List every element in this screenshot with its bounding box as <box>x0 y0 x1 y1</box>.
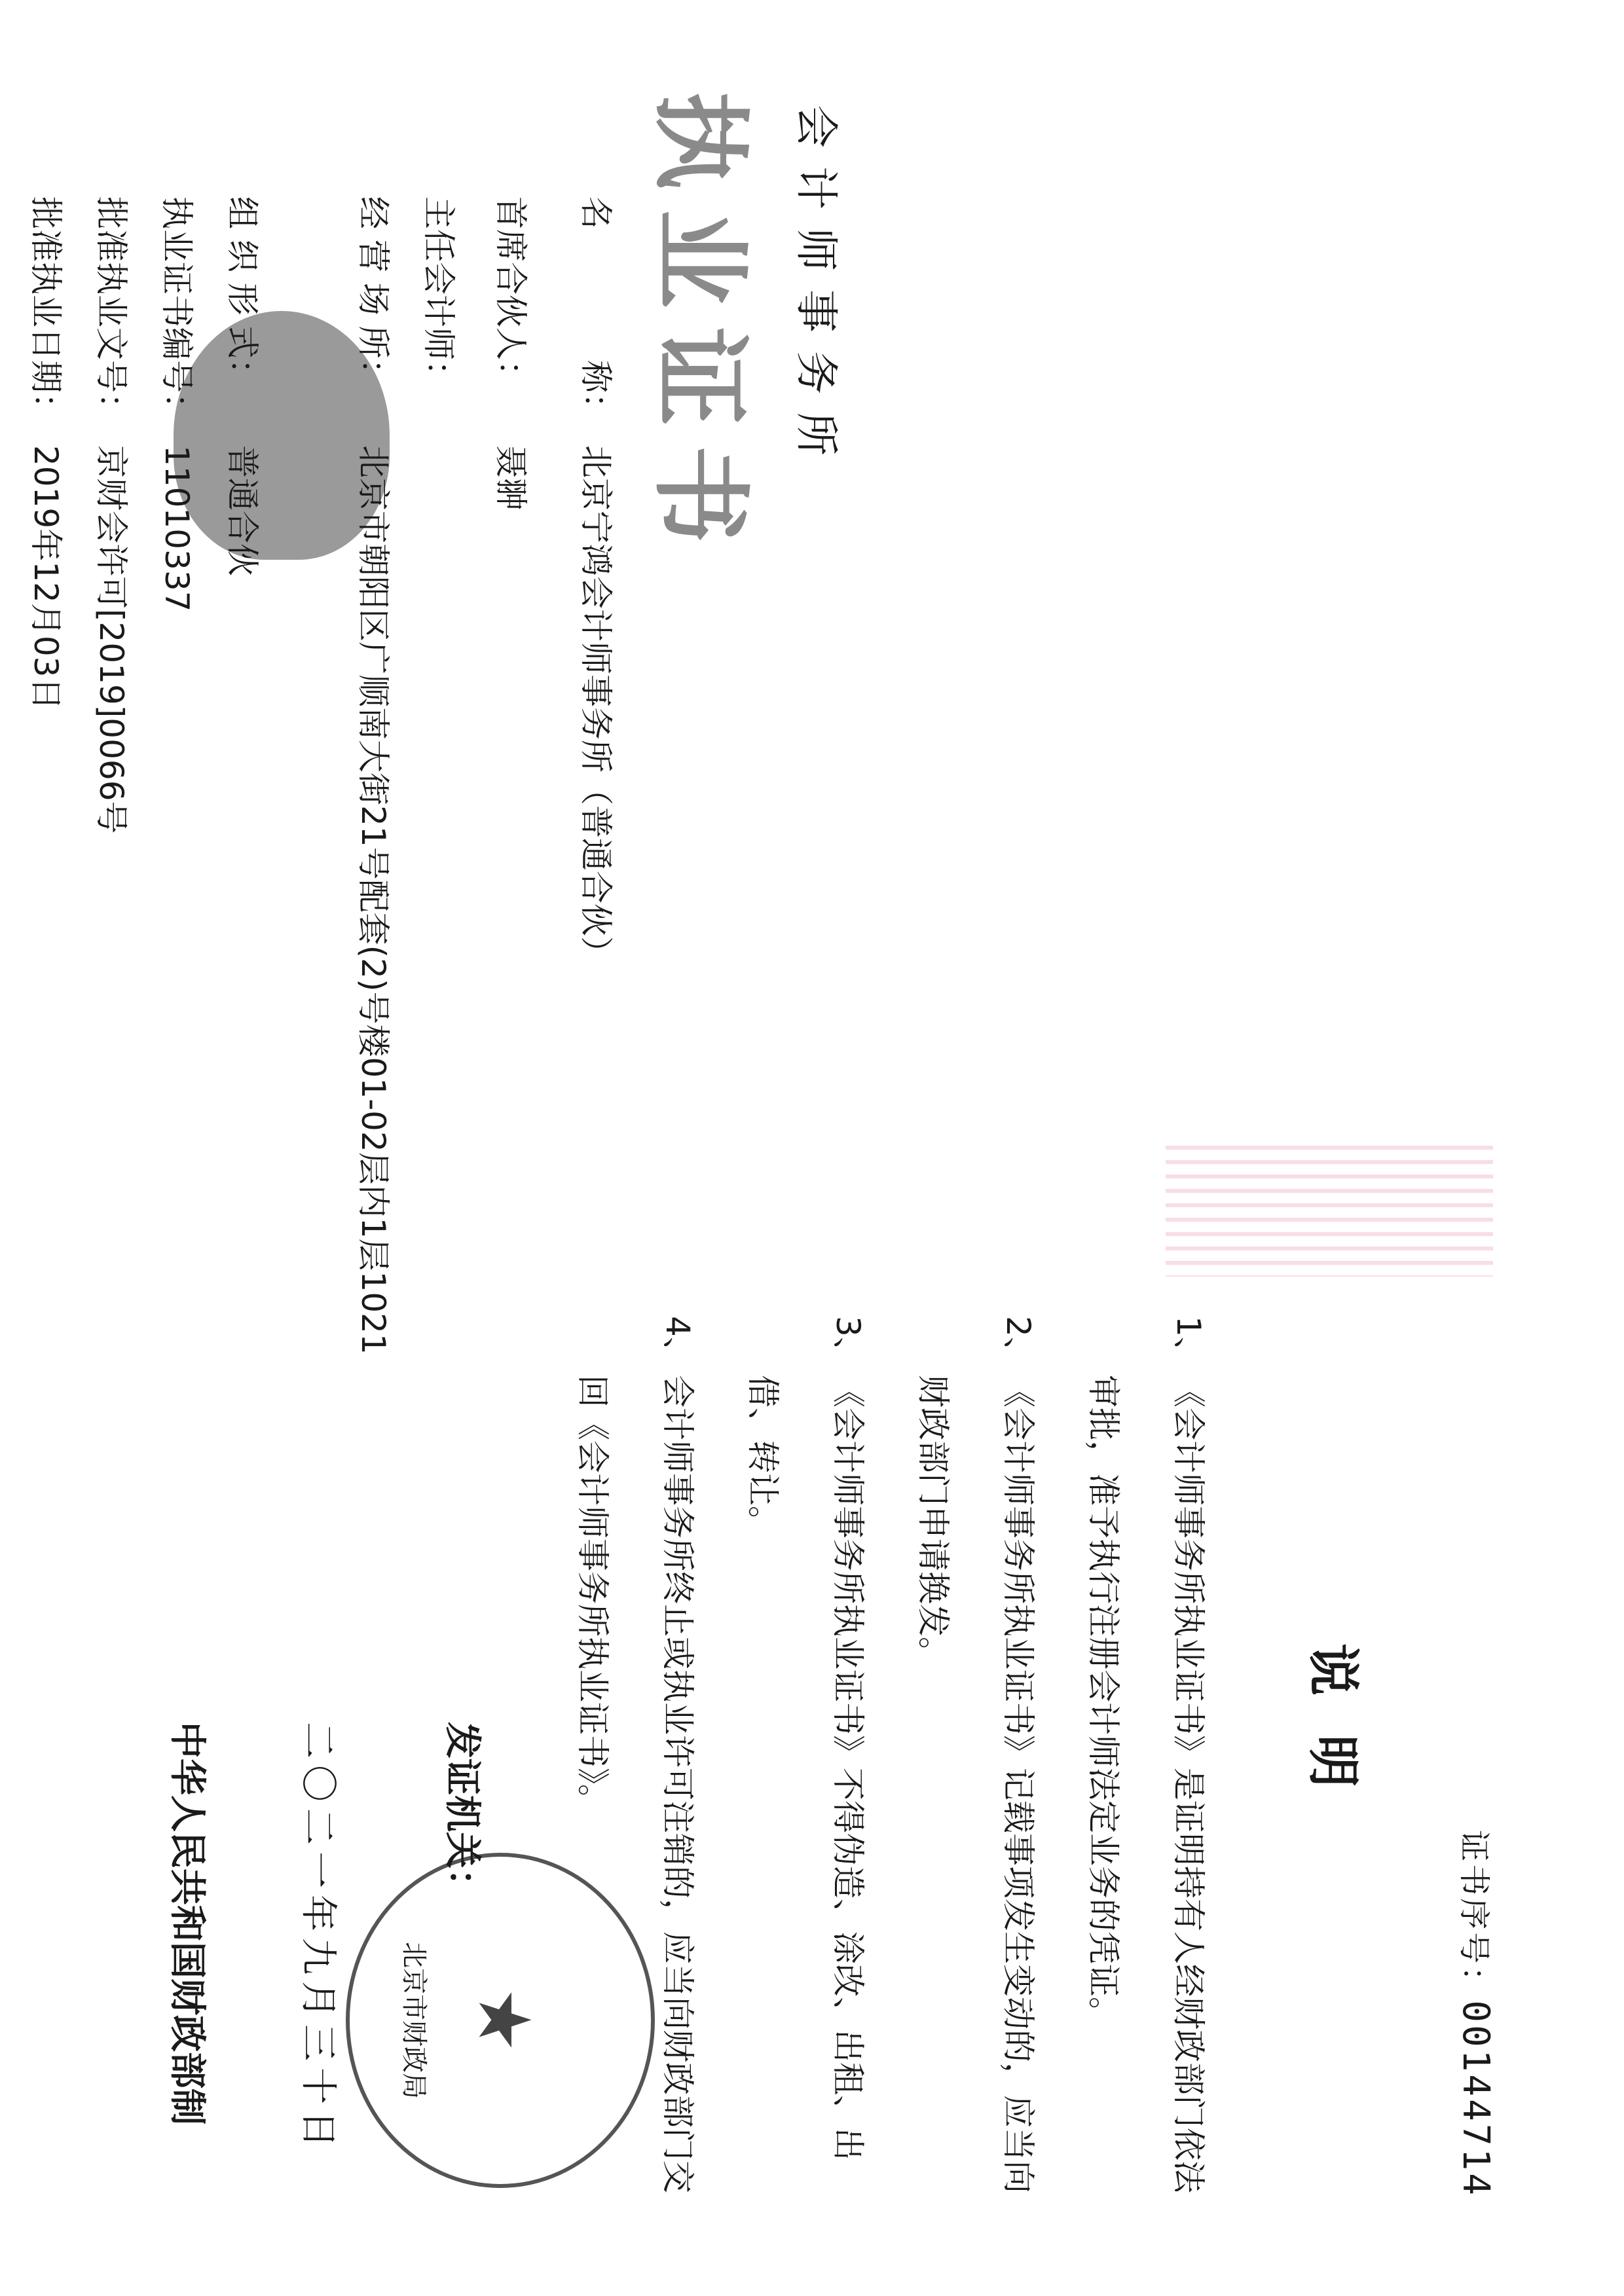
official-seal: ★ 北京市财政局 <box>346 1853 655 2188</box>
field-approval-date: 批准执业日期：2019年12月03日 <box>25 196 72 710</box>
maker-line: 中华人民共和国财政部制 <box>164 1722 216 2125</box>
certificate-sheet: 会计师事务所 执业证书 名 称：北京宁鸿会计师事务所（普通合伙） 首席合伙人：聂… <box>0 0 1624 2296</box>
field-org-form: 组 织 形 式：普通合伙 <box>221 196 268 576</box>
field-chief-accountant: 主任会计师： <box>418 196 465 445</box>
field-cert-number: 执业证书编号：11010337 <box>156 196 203 612</box>
explanation-title: 说明 <box>1300 1643 1375 1827</box>
explanation-item: 3、《会计师事务所执业证书》不得伪造、涂改、出租、出借、转让。 <box>720 1316 891 2219</box>
explanation-page: 证书序号：00144714 说明 1、《会计师事务所执业证书》是证明持有人经财政… <box>0 1146 1624 2296</box>
issue-date: 二〇二一年九月三十日 <box>295 1722 347 2154</box>
explanation-items: 1、《会计师事务所执业证书》是证明持有人经财政部门依法审批，准予执行注册会计师法… <box>550 1316 1231 2219</box>
explanation-item: 1、《会计师事务所执业证书》是证明持有人经财政部门依法审批，准予执行注册会计师法… <box>1061 1316 1231 2219</box>
field-chief-partner: 首席合伙人：聂翀 <box>490 196 537 511</box>
issuing-authority-label: 发证机关： <box>439 1722 491 1905</box>
serial-number: 证书序号：00144714 <box>1454 1830 1500 2198</box>
certificate-page: 会计师事务所 执业证书 名 称：北京宁鸿会计师事务所（普通合伙） 首席合伙人：聂… <box>0 0 1624 1146</box>
star-icon: ★ <box>462 1988 546 2052</box>
certificate-subtitle: 会计师事务所 <box>789 105 851 474</box>
field-approval-doc: 批准执业文号：京财会许可[2019]0066号 <box>90 196 138 834</box>
field-name: 名 称：北京宁鸿会计师事务所（普通合伙） <box>575 196 622 969</box>
certificate-title: 执业证书 <box>638 92 779 563</box>
explanation-item: 2、《会计师事务所执业证书》记载事项发生变动的，应当向财政部门申请换发。 <box>891 1316 1061 2219</box>
